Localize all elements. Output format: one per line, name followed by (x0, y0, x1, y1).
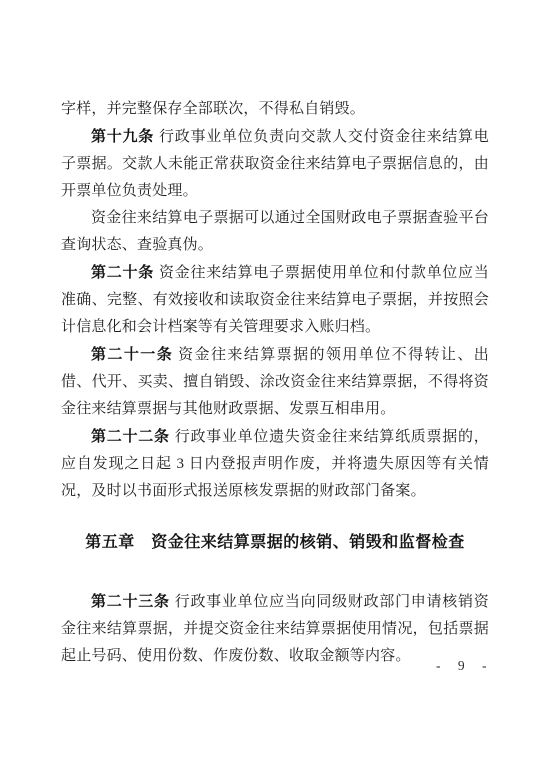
chapter-5-heading: 第五章 资金往来结算票据的核销、销毁和监督检查 (61, 529, 489, 556)
paragraph-text: 字样，并完整保存全部联次，不得私自销毁。 (61, 101, 365, 117)
page-number: - 9 - (436, 658, 494, 674)
continuation-paragraph: 字样，并完整保存全部联次，不得私自销毁。 (61, 96, 489, 123)
article-22-paragraph: 第二十二条行政事业单位遗失资金往来结算纸质票据的，应自发现之日起 3 日内登报声… (61, 423, 489, 505)
electronic-bill-verify-paragraph: 资金往来结算电子票据可以通过全国财政电子票据查验平台查询状态、查验真伪。 (61, 205, 489, 259)
article-21-paragraph: 第二十一条资金往来结算票据的领用单位不得转让、出借、代开、买卖、擅自销毁、涂改资… (61, 341, 489, 423)
article-21-term: 第二十一条 (91, 346, 173, 363)
document-page: 字样，并完整保存全部联次，不得私自销毁。 第十九条行政事业单位负责向交款人交付资… (0, 0, 547, 775)
document-text-block: 字样，并完整保存全部联次，不得私自销毁。 第十九条行政事业单位负责向交款人交付资… (61, 96, 489, 670)
article-19-paragraph: 第十九条行政事业单位负责向交款人交付资金往来结算电子票据。交款人未能正常获取资金… (61, 123, 489, 205)
article-20-paragraph: 第二十条资金往来结算电子票据使用单位和付款单位应当准确、完整、有效接收和读取资金… (61, 259, 489, 341)
article-23-term: 第二十三条 (91, 593, 170, 610)
article-22-term: 第二十二条 (91, 428, 170, 445)
article-20-term: 第二十条 (91, 264, 154, 281)
article-19-term: 第十九条 (91, 128, 154, 145)
article-23-paragraph: 第二十三条行政事业单位应当向同级财政部门申请核销资金往来结算票据，并提交资金往来… (61, 588, 489, 670)
paragraph-text: 资金往来结算电子票据可以通过全国财政电子票据查验平台查询状态、查验真伪。 (61, 210, 489, 253)
